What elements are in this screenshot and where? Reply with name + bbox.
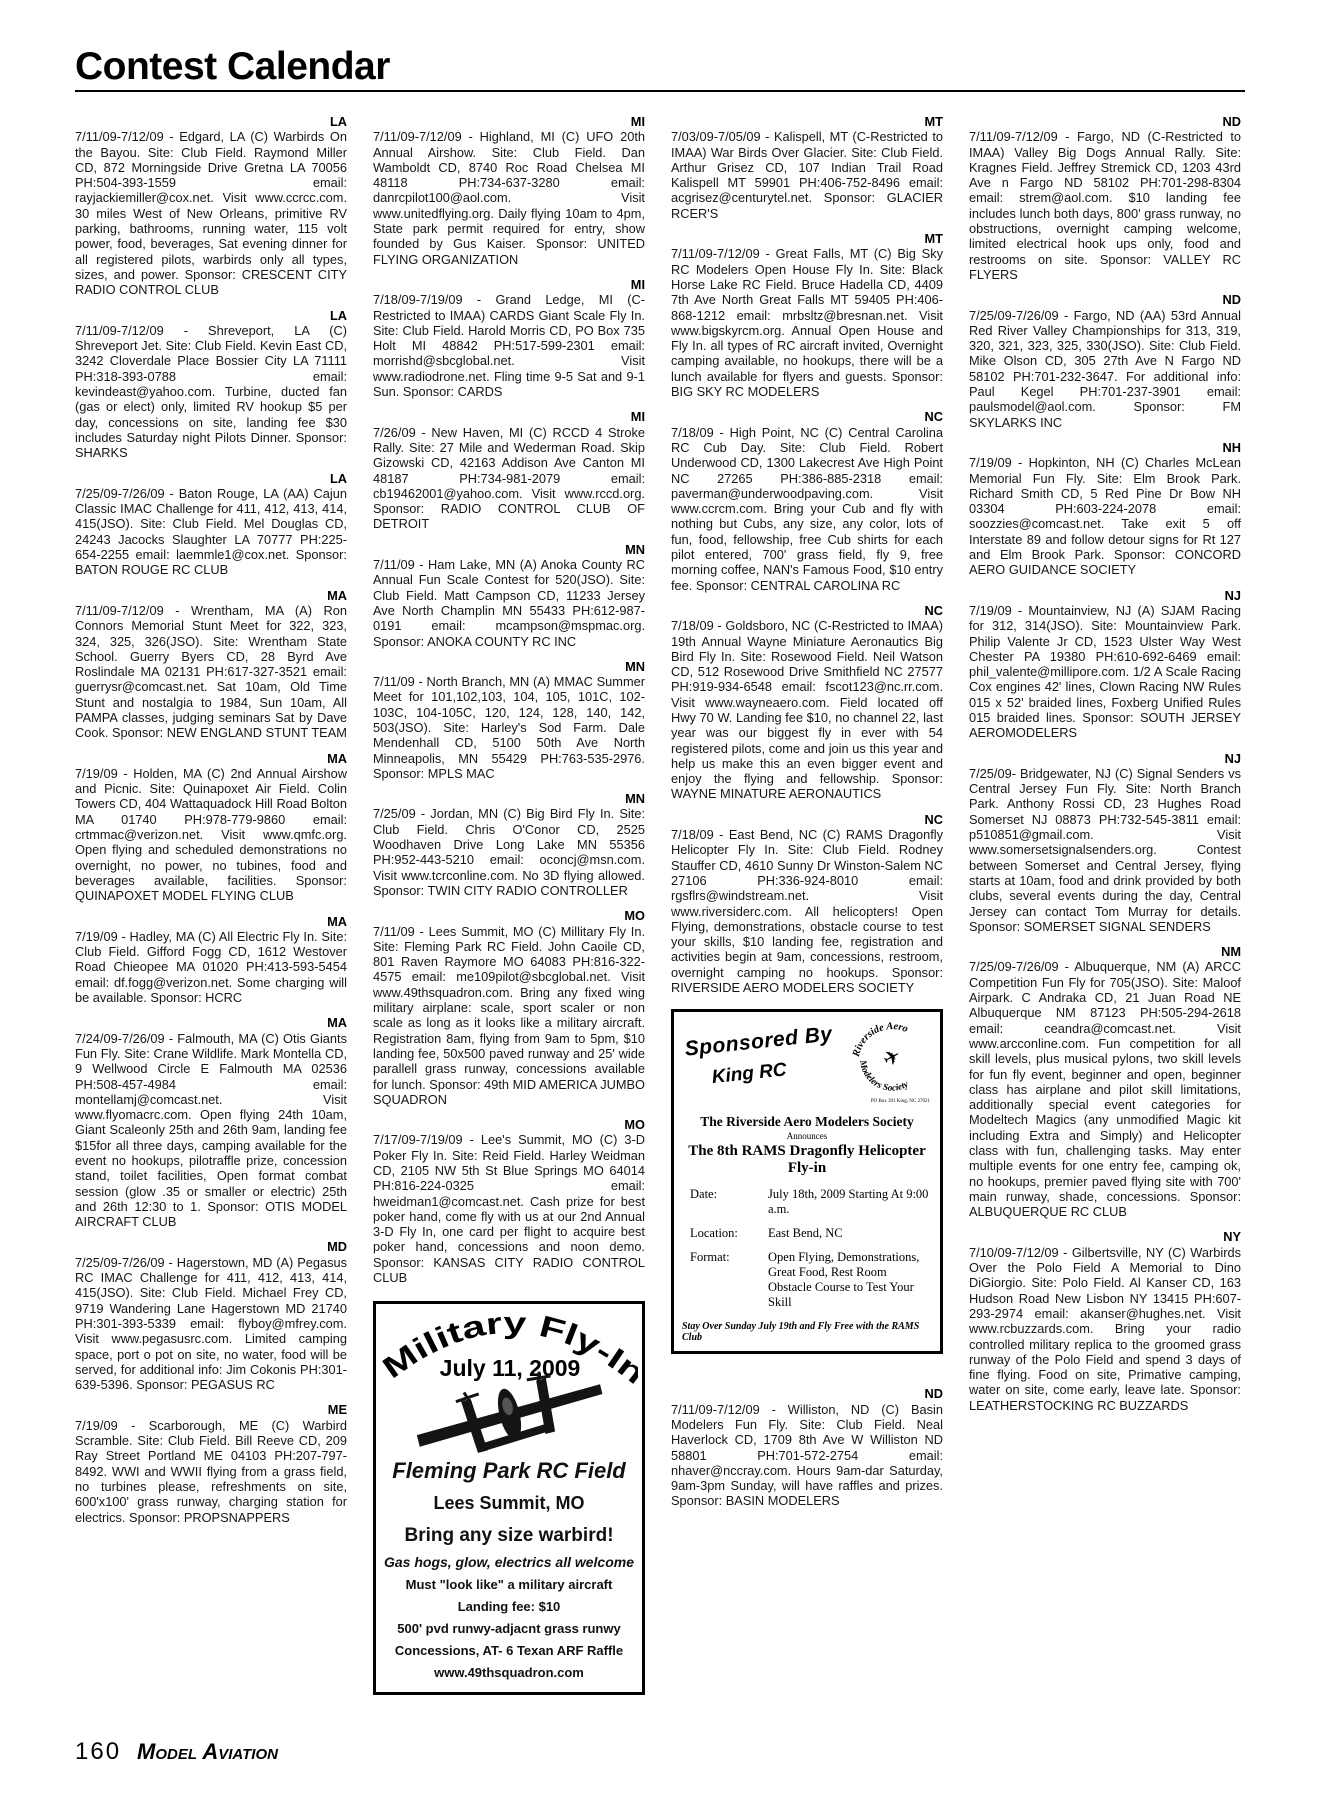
column-4: ND 7/11/09-7/12/09 - Fargo, ND (C-Restri… <box>969 114 1241 1695</box>
state-header: MA <box>75 588 347 603</box>
entry-text: 7/11/09-7/12/09 - Shreveport, LA (C) Shr… <box>75 323 347 461</box>
column-3: MT 7/03/09-7/05/09 - Kalispell, MT (C-Re… <box>671 114 943 1695</box>
contest-entry: NC 7/18/09 - High Point, NC (C) Central … <box>671 409 943 593</box>
entry-text: 7/18/09-7/19/09 - Grand Ledge, MI (C-Res… <box>373 292 645 399</box>
rams-detail-label: Date: <box>690 1187 768 1217</box>
magazine-page: Contest Calendar LA 7/11/09-7/12/09 - Ed… <box>0 0 1331 1800</box>
entry-text: 7/18/09 - High Point, NC (C) Central Car… <box>671 425 943 593</box>
rams-detail-value: East Bend, NC <box>768 1226 843 1241</box>
rams-detail-row: Format: Open Flying, Demonstrations, Gre… <box>690 1250 932 1310</box>
state-header: MT <box>671 114 943 129</box>
contest-entry: MT 7/11/09-7/12/09 - Great Falls, MT (C)… <box>671 231 943 399</box>
rams-detail-value: July 18th, 2009 Starting At 9:00 a.m. <box>768 1187 932 1217</box>
page-footer: 160 Model Aviation <box>75 1738 278 1766</box>
state-header: MT <box>671 231 943 246</box>
contest-entry: NY 7/10/09-7/12/09 - Gilbertsville, NY (… <box>969 1229 1241 1413</box>
state-header: MO <box>373 908 645 923</box>
masthead: Contest Calendar <box>75 46 1245 92</box>
state-header: ND <box>969 292 1241 307</box>
entry-text: 7/19/09 - Mountainview, NJ (A) SJAM Raci… <box>969 603 1241 741</box>
column-1: LA 7/11/09-7/12/09 - Edgard, LA (C) Warb… <box>75 114 347 1695</box>
ad-headline: Bring any size warbird! <box>382 1525 636 1547</box>
contest-entry: NJ 7/19/09 - Mountainview, NJ (A) SJAM R… <box>969 588 1241 741</box>
state-header: MI <box>373 277 645 292</box>
rams-ad-heading: The Riverside Aero Modelers Society Anno… <box>682 1114 932 1177</box>
rams-org-line: The Riverside Aero Modelers Society <box>682 1114 932 1130</box>
state-header: NY <box>969 1229 1241 1244</box>
state-header: ND <box>671 1386 943 1401</box>
state-header: ND <box>969 114 1241 129</box>
entry-text: 7/24/09-7/26/09 - Falmouth, MA (C) Otis … <box>75 1031 347 1230</box>
state-header: MD <box>75 1239 347 1254</box>
military-flyin-ad: Military Fly-In July 11, 2009 Fleming Pa… <box>373 1301 645 1695</box>
state-header: NH <box>969 440 1241 455</box>
contest-entry: ND 7/11/09-7/12/09 - Williston, ND (C) B… <box>671 1386 943 1508</box>
state-header: LA <box>75 308 347 323</box>
ad-line: 500' pvd runwy-adjacnt grass runwy <box>382 1621 636 1636</box>
entry-text: 7/11/09-7/12/09 - Fargo, ND (C-Restricte… <box>969 129 1241 282</box>
entry-text: 7/11/09-7/12/09 - Great Falls, MT (C) Bi… <box>671 246 943 399</box>
contest-entry: MA 7/19/09 - Holden, MA (C) 2nd Annual A… <box>75 751 347 904</box>
contest-entry: NC 7/18/09 - East Bend, NC (C) RAMS Drag… <box>671 812 943 996</box>
state-header: MA <box>75 751 347 766</box>
contest-entry: MT 7/03/09-7/05/09 - Kalispell, MT (C-Re… <box>671 114 943 221</box>
entry-text: 7/25/09-7/26/09 - Albuquerque, NM (A) AR… <box>969 959 1241 1219</box>
rams-details: Date: July 18th, 2009 Starting At 9:00 a… <box>690 1187 932 1310</box>
column-2: MI 7/11/09-7/12/09 - Highland, MI (C) UF… <box>373 114 645 1695</box>
entry-text: 7/25/09-7/26/09 - Hagerstown, MD (A) Peg… <box>75 1255 347 1393</box>
entry-text: 7/11/09 - Lees Summit, MO (C) Millitary … <box>373 924 645 1108</box>
entry-text: 7/10/09-7/12/09 - Gilbertsville, NY (C) … <box>969 1245 1241 1413</box>
contest-entry: MI 7/26/09 - New Haven, MI (C) RCCD 4 St… <box>373 409 645 531</box>
contest-entry: LA 7/11/09-7/12/09 - Shreveport, LA (C) … <box>75 308 347 461</box>
contest-entry: ND 7/11/09-7/12/09 - Fargo, ND (C-Restri… <box>969 114 1241 282</box>
contest-columns: LA 7/11/09-7/12/09 - Edgard, LA (C) Warb… <box>75 114 1245 1695</box>
state-header: MO <box>373 1117 645 1132</box>
contest-entry: MN 7/25/09 - Jordan, MN (C) Big Bird Fly… <box>373 791 645 898</box>
contest-entry: MN 7/11/09 - Ham Lake, MN (A) Anoka Coun… <box>373 542 645 649</box>
rams-announces: Announces <box>682 1131 932 1141</box>
entry-text: 7/19/09 - Hadley, MA (C) All Electric Fl… <box>75 929 347 1005</box>
ad-date: July 11, 2009 <box>440 1355 581 1381</box>
state-header: MN <box>373 791 645 806</box>
ad-line: Gas hogs, glow, electrics all welcome <box>382 1554 636 1570</box>
ad-line: Must "look like" a military aircraft <box>382 1577 636 1592</box>
contest-entry: NH 7/19/09 - Hopkinton, NH (C) Charles M… <box>969 440 1241 578</box>
contest-entry: MA 7/11/09-7/12/09 - Wrentham, MA (A) Ro… <box>75 588 347 741</box>
magazine-logo: Model Aviation <box>137 1739 278 1765</box>
ad-city: Lees Summit, MO <box>382 1493 636 1514</box>
ad-field-name: Fleming Park RC Field <box>382 1458 636 1484</box>
state-header: MA <box>75 914 347 929</box>
state-header: NM <box>969 944 1241 959</box>
contest-entry: ND 7/25/09-7/26/09 - Fargo, ND (AA) 53rd… <box>969 292 1241 430</box>
rams-flyin-ad: Sponsored By King RC Riverside Aero Mode… <box>671 1009 943 1354</box>
entry-text: 7/11/09-7/12/09 - Wrentham, MA (A) Ron C… <box>75 603 347 741</box>
rams-detail-row: Location: East Bend, NC <box>690 1226 932 1241</box>
rams-detail-label: Format: <box>690 1250 768 1310</box>
contest-entry: MD 7/25/09-7/26/09 - Hagerstown, MD (A) … <box>75 1239 347 1392</box>
state-header: MI <box>373 409 645 424</box>
entry-text: 7/11/09-7/12/09 - Edgard, LA (C) Warbird… <box>75 129 347 297</box>
sponsored-by-block: Sponsored By King RC <box>684 1023 837 1092</box>
state-header: LA <box>75 114 347 129</box>
state-header: NJ <box>969 588 1241 603</box>
state-header: MI <box>373 114 645 129</box>
entry-text: 7/26/09 - New Haven, MI (C) RCCD 4 Strok… <box>373 425 645 532</box>
rams-logo-icon: Riverside Aero Modelers Society ✈ <box>848 1016 936 1100</box>
rams-event-title: The 8th RAMS Dragonfly Helicopter Fly-in <box>682 1143 932 1177</box>
entry-text: 7/25/09-7/26/09 - Fargo, ND (AA) 53rd An… <box>969 308 1241 430</box>
plane-icon: ✈ <box>879 1045 905 1073</box>
rams-detail-value: Open Flying, Demonstrations, Great Food,… <box>768 1250 932 1310</box>
contest-entry: MA 7/19/09 - Hadley, MA (C) All Electric… <box>75 914 347 1006</box>
contest-entry: MI 7/11/09-7/12/09 - Highland, MI (C) UF… <box>373 114 645 267</box>
title-rule <box>75 90 1245 92</box>
contest-entry: LA 7/25/09-7/26/09 - Baton Rouge, LA (AA… <box>75 471 347 578</box>
rams-detail-label: Location: <box>690 1226 768 1241</box>
ad-website: www.49thsquadron.com <box>382 1665 636 1680</box>
contest-entry: MI 7/18/09-7/19/09 - Grand Ledge, MI (C-… <box>373 277 645 399</box>
state-header: MN <box>373 659 645 674</box>
entry-text: 7/19/09 - Holden, MA (C) 2nd Annual Airs… <box>75 766 347 904</box>
contest-entry: MO 7/17/09-7/19/09 - Lee's Summit, MO (C… <box>373 1117 645 1285</box>
rams-detail-row: Date: July 18th, 2009 Starting At 9:00 a… <box>690 1187 932 1217</box>
state-header: LA <box>75 471 347 486</box>
entry-text: 7/18/09 - East Bend, NC (C) RAMS Dragonf… <box>671 827 943 995</box>
state-header: ME <box>75 1402 347 1417</box>
contest-entry: MA 7/24/09-7/26/09 - Falmouth, MA (C) Ot… <box>75 1015 347 1229</box>
state-header: NC <box>671 603 943 618</box>
contest-entry: LA 7/11/09-7/12/09 - Edgard, LA (C) Warb… <box>75 114 347 298</box>
entry-text: 7/18/09 - Goldsboro, NC (C-Restricted to… <box>671 618 943 802</box>
entry-text: 7/19/09 - Hopkinton, NH (C) Charles McLe… <box>969 455 1241 577</box>
contest-entry: NC 7/18/09 - Goldsboro, NC (C-Restricted… <box>671 603 943 802</box>
ad-line: Landing fee: $10 <box>382 1599 636 1614</box>
entry-text: 7/11/09 - North Branch, MN (A) MMAC Summ… <box>373 674 645 781</box>
rams-footer-note: Stay Over Sunday July 19th and Fly Free … <box>682 1321 932 1343</box>
military-ad-artwork: Military Fly-In July 11, 2009 <box>382 1308 638 1458</box>
ad-line: Concessions, AT- 6 Texan ARF Raffle <box>382 1643 636 1658</box>
entry-text: 7/11/09 - Ham Lake, MN (A) Anoka County … <box>373 557 645 649</box>
entry-text: 7/11/09-7/12/09 - Highland, MI (C) UFO 2… <box>373 129 645 267</box>
entry-text: 7/19/09 - Scarborough, ME (C) Warbird Sc… <box>75 1418 347 1525</box>
state-header: NJ <box>969 751 1241 766</box>
contest-entry: ME 7/19/09 - Scarborough, ME (C) Warbird… <box>75 1402 347 1524</box>
entry-text: 7/11/09-7/12/09 - Williston, ND (C) Basi… <box>671 1402 943 1509</box>
contest-entry: MO 7/11/09 - Lees Summit, MO (C) Millita… <box>373 908 645 1107</box>
state-header: MN <box>373 542 645 557</box>
page-title: Contest Calendar <box>75 46 1245 88</box>
contest-entry: MN 7/11/09 - North Branch, MN (A) MMAC S… <box>373 659 645 781</box>
state-header: NC <box>671 812 943 827</box>
state-header: MA <box>75 1015 347 1030</box>
contest-entry: NJ 7/25/09- Bridgewater, NJ (C) Signal S… <box>969 751 1241 935</box>
sponsor-name: King RC <box>711 1055 837 1090</box>
state-header: NC <box>671 409 943 424</box>
entry-text: 7/25/09- Bridgewater, NJ (C) Signal Send… <box>969 766 1241 934</box>
entry-text: 7/25/09-7/26/09 - Baton Rouge, LA (AA) C… <box>75 486 347 578</box>
rams-club-logo: Riverside Aero Modelers Society ✈ PO Box… <box>846 1016 938 1105</box>
entry-text: 7/17/09-7/19/09 - Lee's Summit, MO (C) 3… <box>373 1132 645 1285</box>
entry-text: 7/03/09-7/05/09 - Kalispell, MT (C-Restr… <box>671 129 943 221</box>
page-number: 160 <box>75 1738 121 1766</box>
entry-text: 7/25/09 - Jordan, MN (C) Big Bird Fly In… <box>373 806 645 898</box>
contest-entry: NM 7/25/09-7/26/09 - Albuquerque, NM (A)… <box>969 944 1241 1219</box>
